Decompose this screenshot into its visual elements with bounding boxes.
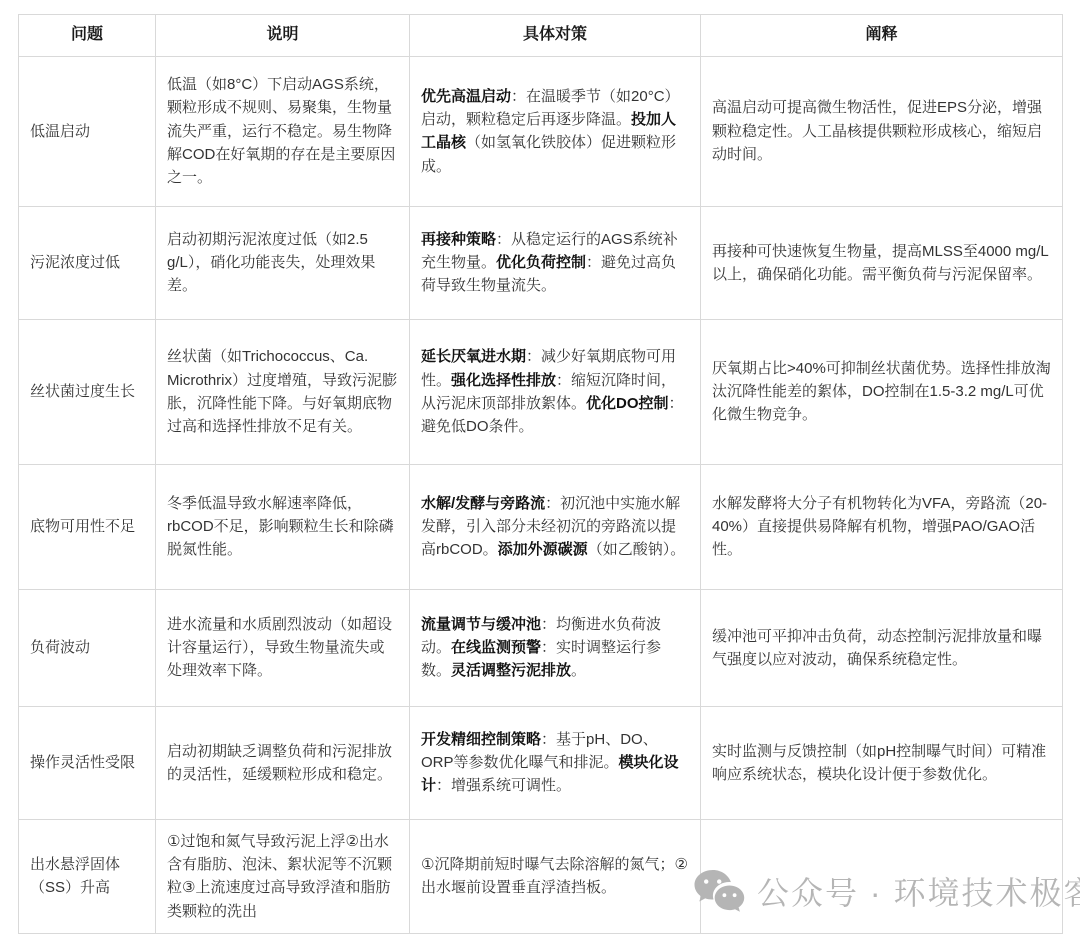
description-cell: 启动初期污泥浓度过低（如2.5 g/L），硝化功能丧失，处理效果差。 [156, 206, 410, 319]
countermeasure-cell: ①沉降期前短时曝气去除溶解的氮气；②出水堰前设置垂直浮渣挡板。 [410, 819, 701, 933]
header-problem: 问题 [19, 15, 156, 57]
countermeasure-cell: 开发精细控制策略：基于pH、DO、ORP等参数优化曝气和排泥。模块化设计：增强系… [410, 706, 701, 819]
explanation-cell: 再接种可快速恢复生物量，提高MLSS至4000 mg/L以上，确保硝化功能。需平… [701, 206, 1063, 319]
header-row: 问题 说明 具体对策 阐释 [19, 15, 1063, 57]
description-cell: 丝状菌（如Trichococcus、Ca. Microthrix）过度增殖，导致… [156, 319, 410, 464]
explanation-cell [701, 819, 1063, 933]
table-row: 丝状菌过度生长 丝状菌（如Trichococcus、Ca. Microthrix… [19, 319, 1063, 464]
countermeasure-cell: 延长厌氧进水期：减少好氧期底物可用性。强化选择性排放：缩短沉降时间，从污泥床顶部… [410, 319, 701, 464]
countermeasure-cell: 流量调节与缓冲池：均衡进水负荷波动。在线监测预警：实时调整运行参数。灵活调整污泥… [410, 589, 701, 706]
countermeasure-cell: 水解/发酵与旁路流：初沉池中实施水解发酵，引入部分未经初沉的旁路流以提高rbCO… [410, 464, 701, 589]
page: 问题 说明 具体对策 阐释 低温启动 低温（如8°C）下启动AGS系统，颗粒形成… [0, 0, 1080, 944]
problem-cell: 负荷波动 [19, 589, 156, 706]
description-cell: 进水流量和水质剧烈波动（如超设计容量运行），导致生物量流失或处理效率下降。 [156, 589, 410, 706]
table-row: 底物可用性不足 冬季低温导致水解速率降低，rbCOD不足，影响颗粒生长和除磷脱氮… [19, 464, 1063, 589]
header-description: 说明 [156, 15, 410, 57]
description-cell: 冬季低温导致水解速率降低，rbCOD不足，影响颗粒生长和除磷脱氮性能。 [156, 464, 410, 589]
explanation-cell: 缓冲池可平抑冲击负荷，动态控制污泥排放量和曝气强度以应对波动，确保系统稳定性。 [701, 589, 1063, 706]
countermeasure-cell: 优先高温启动：在温暖季节（如20°C）启动，颗粒稳定后再逐步降温。投加人工晶核（… [410, 56, 701, 206]
explanation-cell: 水解发酵将大分子有机物转化为VFA，旁路流（20-40%）直接提供易降解有机物，… [701, 464, 1063, 589]
problem-cell: 低温启动 [19, 56, 156, 206]
table-row: 出水悬浮固体（SS）升高 ①过饱和氮气导致污泥上浮②出水含有脂肪、泡沫、絮状泥等… [19, 819, 1063, 933]
header-countermeasure: 具体对策 [410, 15, 701, 57]
description-cell: 启动初期缺乏调整负荷和污泥排放的灵活性，延缓颗粒形成和稳定。 [156, 706, 410, 819]
table-row: 负荷波动 进水流量和水质剧烈波动（如超设计容量运行），导致生物量流失或处理效率下… [19, 589, 1063, 706]
explanation-cell: 实时监测与反馈控制（如pH控制曝气时间）可精准响应系统状态，模块化设计便于参数优… [701, 706, 1063, 819]
problem-cell: 出水悬浮固体（SS）升高 [19, 819, 156, 933]
table-row: 低温启动 低温（如8°C）下启动AGS系统，颗粒形成不规则、易聚集，生物量流失严… [19, 56, 1063, 206]
problem-cell: 污泥浓度过低 [19, 206, 156, 319]
table-row: 操作灵活性受限 启动初期缺乏调整负荷和污泥排放的灵活性，延缓颗粒形成和稳定。 开… [19, 706, 1063, 819]
header-explanation: 阐释 [701, 15, 1063, 57]
description-cell: 低温（如8°C）下启动AGS系统，颗粒形成不规则、易聚集，生物量流失严重，运行不… [156, 56, 410, 206]
countermeasure-cell: 再接种策略：从稳定运行的AGS系统补充生物量。优化负荷控制：避免过高负荷导致生物… [410, 206, 701, 319]
problem-cell: 操作灵活性受限 [19, 706, 156, 819]
explanation-cell: 厌氧期占比>40%可抑制丝状菌优势。选择性排放淘汰沉降性能差的絮体，DO控制在1… [701, 319, 1063, 464]
problem-cell: 丝状菌过度生长 [19, 319, 156, 464]
explanation-cell: 高温启动可提高微生物活性，促进EPS分泌，增强颗粒稳定性。人工晶核提供颗粒形成核… [701, 56, 1063, 206]
table-row: 污泥浓度过低 启动初期污泥浓度过低（如2.5 g/L），硝化功能丧失，处理效果差… [19, 206, 1063, 319]
troubleshooting-table: 问题 说明 具体对策 阐释 低温启动 低温（如8°C）下启动AGS系统，颗粒形成… [18, 14, 1063, 934]
description-cell: ①过饱和氮气导致污泥上浮②出水含有脂肪、泡沫、絮状泥等不沉颗粒③上流速度过高导致… [156, 819, 410, 933]
problem-cell: 底物可用性不足 [19, 464, 156, 589]
